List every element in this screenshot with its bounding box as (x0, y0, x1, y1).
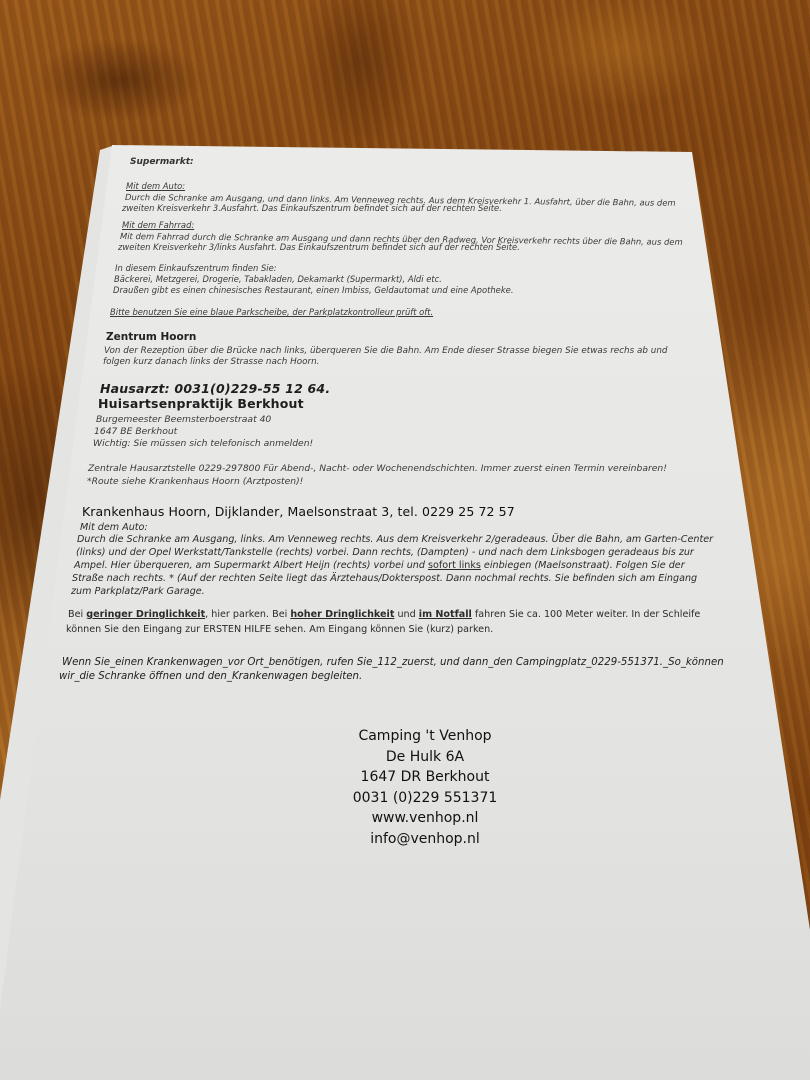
supermarkt-auto-heading: Mit dem Auto: (126, 181, 185, 192)
zentrum-line-2: folgen kurz danach links der Strasse nac… (103, 357, 319, 368)
urgency-line-2: können Sie den Eingang zur ERSTEN HILFE … (66, 624, 493, 636)
urgency-high: hoher Dringlichkeit (290, 609, 394, 620)
hausarzt-title: Hausarzt: 0031(0)229-55 12 64. (100, 383, 330, 394)
urgency-low: geringer Dringlichkeit (86, 609, 205, 620)
krankenhaus-line-1: Durch die Schranke am Ausgang, links. Am… (77, 534, 713, 546)
urgency-notfall: im Notfall (419, 609, 472, 620)
urgency-text: fahren Sie ca. 100 Meter weiter. In der … (472, 609, 700, 620)
hausarzt-street: Burgemeester Beemsterboerstraat 40 (96, 414, 271, 425)
krankenhaus-title: Krankenhaus Hoorn, Dijklander, Maelsonst… (82, 506, 515, 517)
ampel-text-post: einbiegen (Maelsonstraat). Folgen Sie de… (481, 560, 685, 571)
urgency-line-1: Bei geringer Dringlichkeit, hier parken.… (68, 609, 700, 621)
hausarzt-practice: Huisartsenpraktijk Berkhout (98, 398, 304, 409)
urgency-text: , hier parken. Bei (205, 609, 290, 620)
camping-street: De Hulk 6A (300, 747, 550, 768)
document-content: Supermarkt: Mit dem Auto: Durch die Schr… (0, 0, 810, 1080)
ambulance-line-2: wir_die Schranke öffnen und den_Krankenw… (59, 670, 362, 683)
krankenhaus-ampel-line: Ampel. Hier überqueren, am Supermarkt Al… (74, 560, 685, 572)
ampel-sofort-links: sofort links (428, 560, 481, 571)
zentrum-line-1: Von der Rezeption über die Brücke nach l… (104, 346, 668, 357)
hausarzt-central: Zentrale Hausarztstelle 0229-297800 Für … (88, 463, 667, 474)
shops-outside: Draußen gibt es einen chinesisches Resta… (113, 285, 514, 296)
supermarkt-title: Supermarkt: (130, 157, 194, 168)
camping-city: 1647 DR Berkhout (300, 767, 550, 788)
shops-intro: In diesem Einkaufszentrum finden Sie: (115, 263, 277, 274)
hausarzt-note: Wichtig: Sie müssen sich telefonisch anm… (93, 438, 313, 449)
urgency-text: Bei (68, 609, 86, 620)
supermarkt-fahrrad-line-2: zweiten Kreisverkehr 3/links Ausfahrt. D… (118, 242, 520, 253)
supermarkt-fahrrad-heading: Mit dem Fahrrad: (122, 220, 194, 231)
hausarzt-city: 1647 BE Berkhout (94, 426, 177, 437)
camping-email: info@venhop.nl (300, 829, 550, 850)
krankenhaus-line-2: (links) und der Opel Werkstatt/Tankstell… (76, 547, 694, 559)
krankenhaus-line-3: Straße nach rechts. * (Auf der rechten S… (72, 573, 697, 585)
krankenhaus-line-4: zum Parkplatz/Park Garage. (71, 586, 205, 598)
supermarkt-auto-line-2: zweiten Kreisverkehr 3.Ausfahrt. Das Ein… (122, 203, 502, 214)
camping-website: www.venhop.nl (300, 808, 550, 829)
camping-contact-block: Camping 't Venhop De Hulk 6A 1647 DR Ber… (300, 726, 550, 849)
urgency-text: und (394, 609, 418, 620)
parking-note: Bitte benutzen Sie eine blaue Parkscheib… (110, 307, 433, 318)
krankenhaus-auto-heading: Mit dem Auto: (80, 522, 148, 534)
shops-list: Bäckerei, Metzgerei, Drogerie, Tabaklade… (114, 274, 442, 285)
camping-phone: 0031 (0)229 551371 (300, 788, 550, 809)
ambulance-line-1: Wenn Sie_einen Krankenwagen_vor Ort_benö… (62, 656, 724, 669)
zentrum-title: Zentrum Hoorn (106, 332, 196, 343)
ampel-text-pre: Ampel. Hier überqueren, am Supermarkt Al… (74, 560, 428, 571)
camping-name: Camping 't Venhop (300, 726, 550, 747)
hausarzt-route: *Route siehe Krankenhaus Hoorn (Arztpost… (87, 476, 303, 487)
